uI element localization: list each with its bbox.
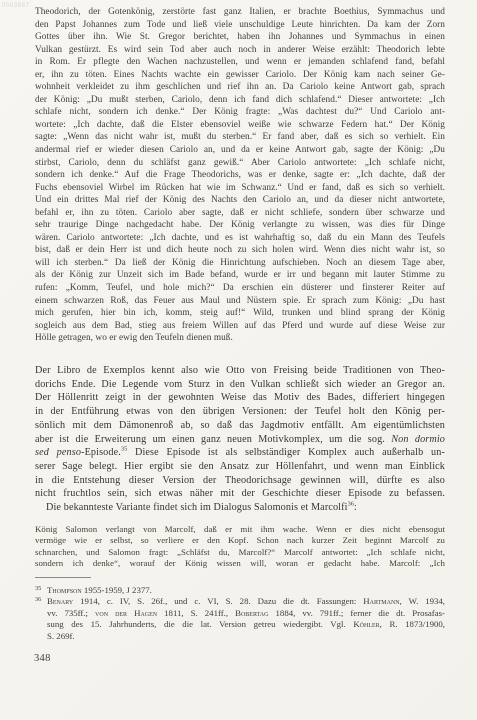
footnote-35: 35 Thompson 1955-1959, J 2377. [35,585,445,596]
footnote-area: 35 Thompson 1955-1959, J 2377. 36 Benary… [35,585,445,642]
scan-watermark: 0003587 [2,3,30,9]
footnote-separator [35,577,91,578]
footnote-text: Thompson 1955-1959, J 2377. [47,585,445,596]
quote-block-salomon-marcolf: König Salomon verlangt von Marcolf, daß … [35,524,445,569]
footnote-36: 36 Benary 1914, c. IV, S. 26f., und c. V… [35,596,445,642]
quote-block-theodorich-legend: Theodorich, der Gotenkönig, zerstörte fa… [35,6,445,345]
page-number: 348 [34,653,51,664]
book-page: 0003587 Theodorich, der Gotenkönig, zers… [0,0,477,720]
footnote-text: Benary 1914, c. IV, S. 26f., und c. VI, … [47,596,445,642]
body-paragraph-commentary: Der Libro de Exemplos kennt also wie Ott… [35,364,445,515]
footnote-marker: 35 [35,583,41,594]
footnote-marker: 36 [35,594,41,605]
